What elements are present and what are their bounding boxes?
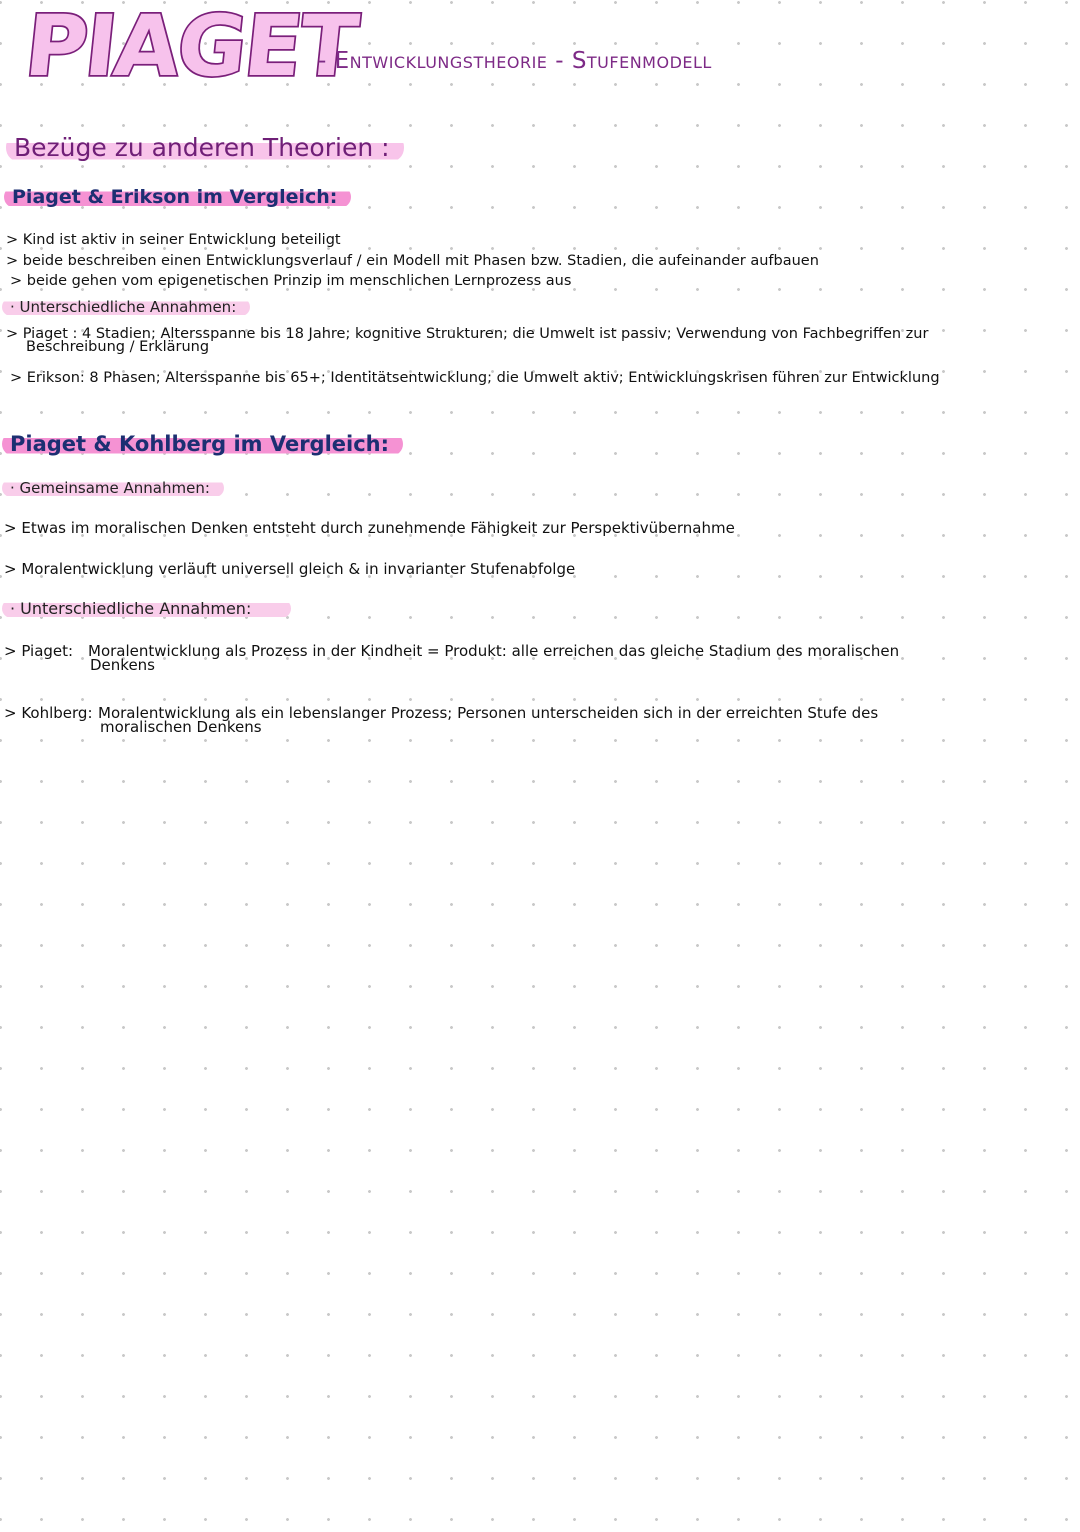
kohlberg-common-2: > Moralentwicklung verläuft universell g… [4, 560, 575, 578]
erikson-common-3: > beide gehen vom epigenetischen Prinzip… [10, 273, 571, 289]
erikson-common-2: > beide beschreiben einen Entwicklungsve… [6, 253, 819, 269]
kohlberg-difference-piaget: > Piaget:Moralentwicklung als Prozess in… [4, 642, 899, 674]
kohlberg-difference-piaget-label: > Piaget: [4, 642, 88, 660]
section-heading: Bezüge zu anderen Theorien : [6, 133, 404, 162]
page-title: PIAGET [22, 4, 360, 88]
kohlberg-differences-label: · Unterschiedliche Annahmen: [2, 599, 291, 618]
erikson-common-1: > Kind ist aktiv in seiner Entwicklung b… [6, 232, 341, 248]
erikson-difference-erikson: > Erikson: 8 Phasen; Altersspanne bis 65… [10, 370, 940, 386]
kohlberg-common-1: > Etwas im moralischen Denken entsteht d… [4, 519, 735, 537]
kohlberg-difference-kohlberg: > Kohlberg:Moralentwicklung als ein lebe… [4, 704, 878, 736]
erikson-heading: Piaget & Erikson im Vergleich: [4, 186, 351, 208]
page-subtitle: - Entwicklungstheorie - Stufenmodell [318, 48, 712, 74]
kohlberg-difference-kohlberg-label: > Kohlberg: [4, 704, 98, 722]
erikson-difference-piaget: > Piaget : 4 Stadien; Altersspanne bis 1… [6, 326, 928, 355]
kohlberg-difference-piaget-line1: Moralentwicklung als Prozess in der Kind… [88, 642, 899, 660]
kohlberg-common-label: · Gemeinsame Annahmen: [2, 479, 224, 497]
erikson-differences-label: · Unterschiedliche Annahmen: [2, 298, 250, 316]
kohlberg-heading: Piaget & Kohlberg im Vergleich: [2, 432, 403, 456]
